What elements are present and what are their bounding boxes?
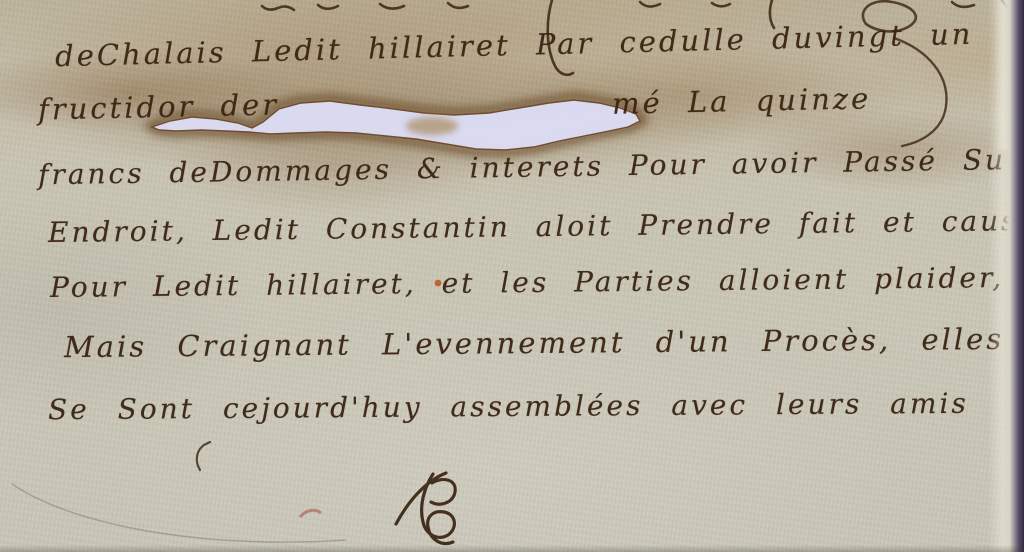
faint-pen-arc — [12, 484, 346, 542]
deckle-edge-and-backing — [988, 0, 1024, 552]
ink-marks-layer — [0, 0, 1024, 552]
monogram-paraph — [396, 473, 455, 544]
ink-spot — [435, 280, 442, 287]
top-right-loop-flourish — [863, 1, 916, 31]
right-sweep-flourish — [894, 38, 946, 146]
descender-stroke — [197, 442, 210, 470]
red-smudge — [300, 510, 321, 517]
bottom-shadow-edge — [0, 545, 1024, 552]
manuscript-photo: deChalais Ledit hillairet Par cedulle du… — [0, 0, 1024, 552]
cropped-top-line-strokes — [262, 0, 1014, 75]
